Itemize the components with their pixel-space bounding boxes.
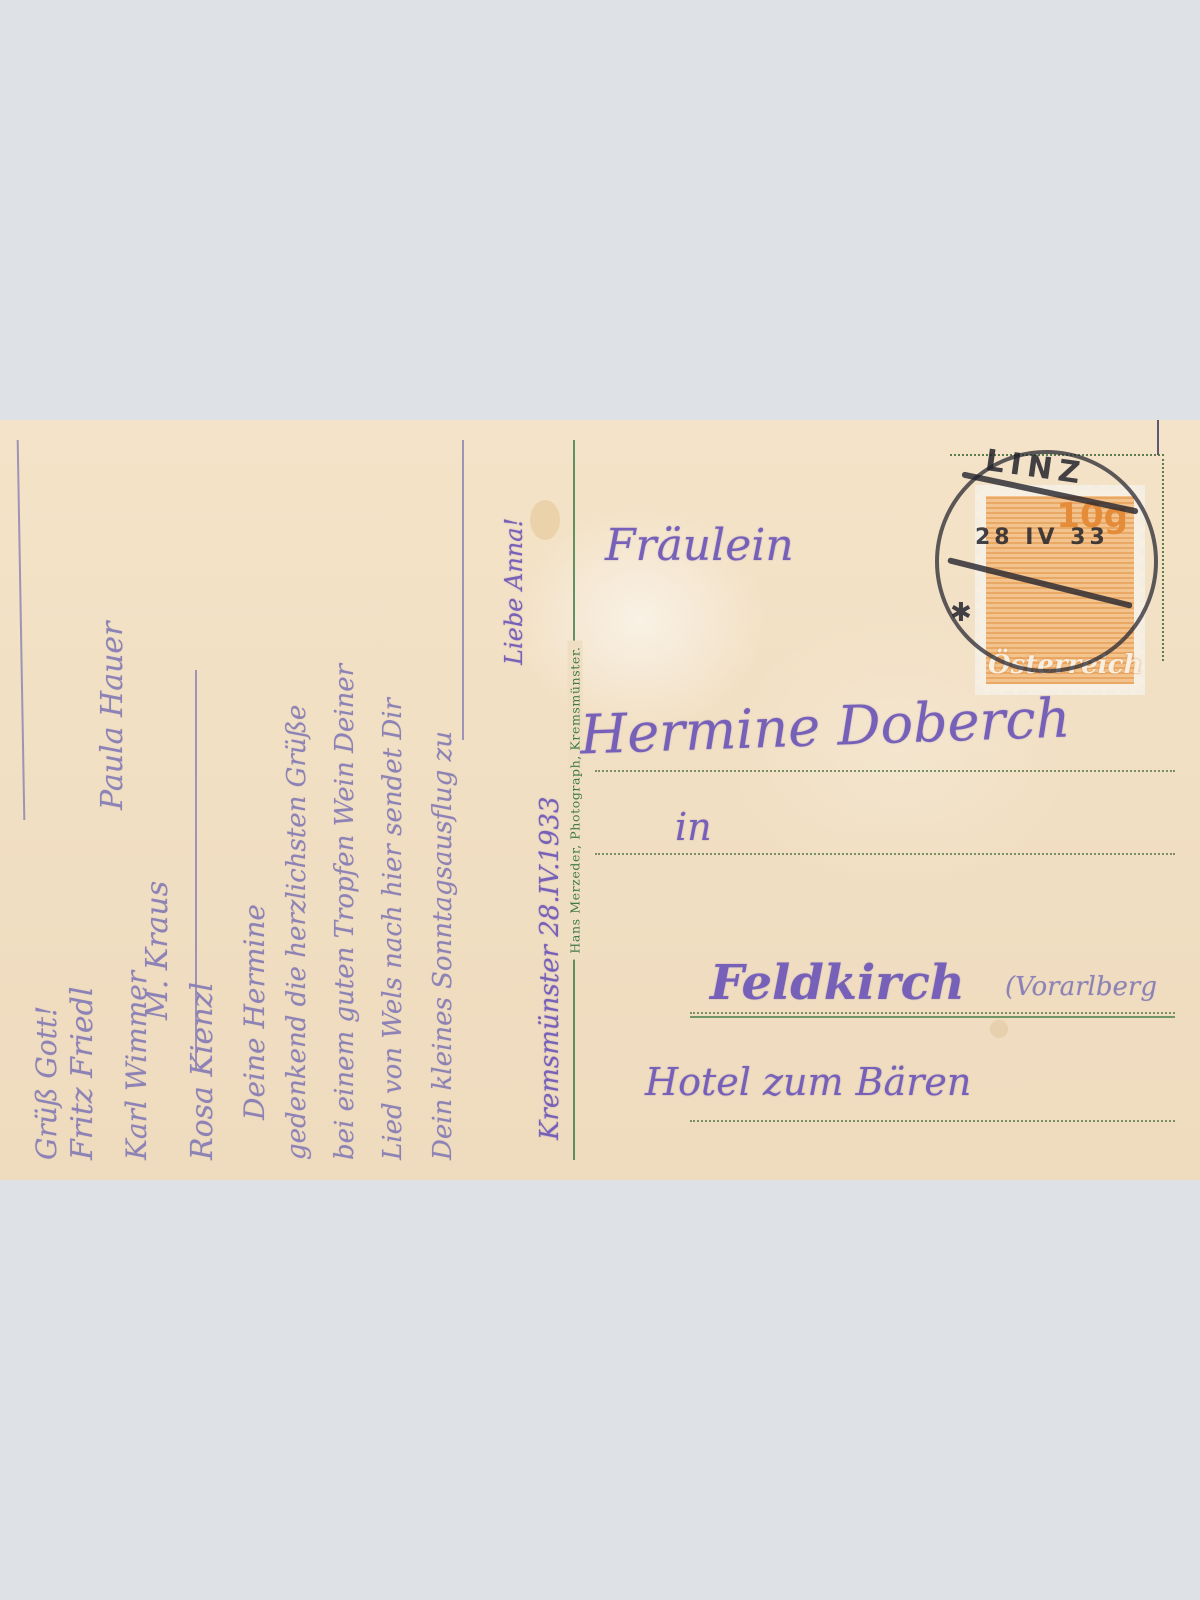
signature: Rosa Kienzl (185, 982, 220, 1160)
address-underline (690, 1016, 1175, 1018)
message-line: Dein kleines Sonntagsausflug zu (428, 731, 458, 1160)
address-preposition: in (675, 805, 712, 849)
address-hotel: Hotel zum Bären (645, 1060, 971, 1104)
postmark-date: 28 IV 33 (975, 525, 1109, 550)
address-line-2 (595, 853, 1175, 855)
address-salutation: Fräulein (605, 520, 794, 571)
signature: Karl Wimmer (120, 971, 153, 1160)
message-line: Lied von Wels nach hier sendet Dir (378, 698, 408, 1160)
paper-stain (530, 500, 560, 540)
margin-mark (1157, 420, 1159, 455)
address-line-4 (690, 1120, 1175, 1122)
message-greeting: Liebe Anna! (500, 518, 528, 665)
message-line: gedenkend die herzlichsten Grüße (282, 705, 312, 1160)
postmark-star-icon: ✱ (950, 598, 972, 628)
message-rule (462, 440, 464, 740)
message-line: bei einem guten Tropfen Wein Deiner (330, 664, 360, 1160)
signature: Fritz Friedl (65, 987, 100, 1160)
signature: Paula Hauer (95, 621, 130, 810)
address-region: (Vorarlberg (1005, 972, 1157, 1002)
message-place-date: Kremsmünster 28.IV.1933 (535, 796, 565, 1140)
signature: Grüß Gott! (30, 1006, 63, 1160)
address-city: Feldkirch (710, 955, 965, 1011)
postcard-back: Hans Merzeder, Photograph, Kremsmünster.… (0, 420, 1200, 1180)
paper-stain (990, 1020, 1008, 1038)
photographer-imprint: Hans Merzeder, Photograph, Kremsmünster. (568, 640, 583, 959)
address-line-3 (690, 1012, 1175, 1014)
message-closing: Deine Hermine (238, 904, 271, 1120)
signature-rule (17, 440, 26, 820)
address-line-1 (595, 770, 1175, 772)
address-name: Hermine Doberch (579, 686, 1071, 766)
